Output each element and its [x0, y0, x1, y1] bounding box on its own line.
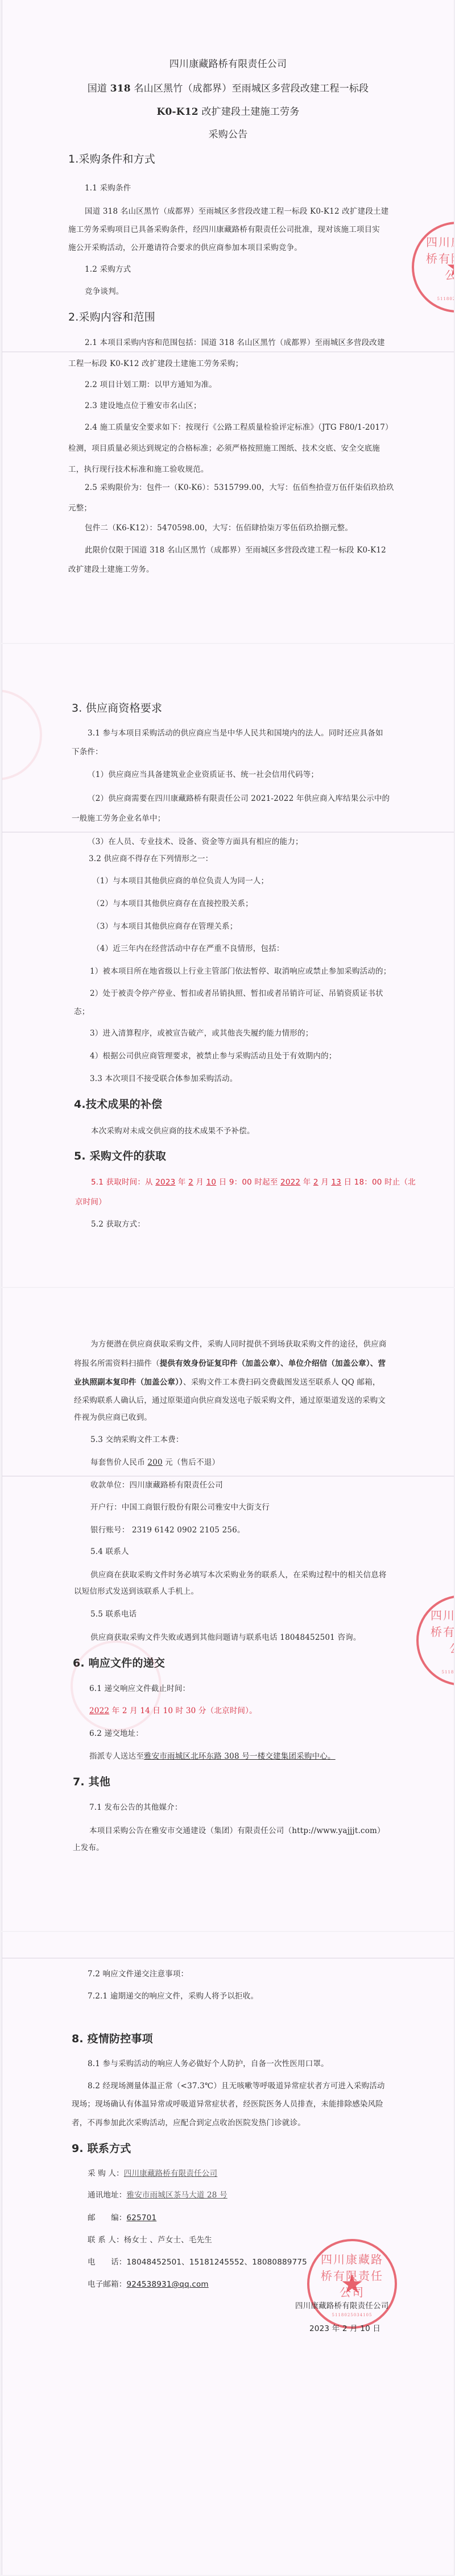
paragraph-line: 本项目采购公告在雅安市交通建设（集团）有限责任公司（http://www.yaj…: [89, 1826, 385, 1836]
page-4: 7.2 响应文件递交注意事项： 7.2.1 逾期递交的响应文件，采购人将予以拒收…: [2, 1932, 454, 2575]
s7-1-label: 7.1 发布公告的其他媒介：: [89, 1802, 183, 1813]
s1-1-label: 1.1 采购条件: [85, 183, 131, 193]
paragraph-line: 3.1 参与本项目采购活动的供应商应当是中华人民共和国境内的法人。同时还应具备如: [88, 728, 383, 738]
paragraph-line: 经采购联系人确认后，通过原渠道向供应商发送电子版采购文件，通过原渠道发送的采购文: [74, 1395, 386, 1406]
paragraph-line: 8.1 参与采购活动的响应人务必做好个人防护，自备一次性医用口罩。: [88, 2059, 329, 2069]
section-4-heading: 4.技术成果的补偿: [74, 1098, 162, 1111]
s5-4-label: 5.4 联系人: [90, 1547, 129, 1557]
list-item: （4）近三年内在经营活动中存在严重不良情形，包括：: [92, 944, 284, 954]
paragraph-line: 2.3 建设地点位于雅安市名山区；: [85, 401, 201, 411]
paragraph-line: 本次采购对未成交供应商的技术成果不予补偿。: [91, 1126, 255, 1136]
paragraph-line: 供应商在获取采购文件时务必填写本次采购业务的联系人，在采购过程中的相关信息将: [90, 1570, 387, 1580]
signature-company: 四川康藏路桥有限责任公司: [295, 2301, 388, 2311]
paragraph-line: 件视为供应商已收到。: [74, 1412, 152, 1423]
paragraph-line: 2.4 施工质量安全要求如下：按现行《公路工程质量检验评定标准》（JTG F80…: [85, 422, 393, 433]
paragraph-line: 此限价仅限于国道 318 名山区黑竹（成都界）至雨城区多营段改建工程一标段 K0…: [85, 545, 386, 555]
list-item: 态；: [74, 1007, 89, 1017]
company-name: 四川康藏路桥有限责任公司: [2, 59, 454, 69]
email-link[interactable]: 924538931@qq.com: [127, 2280, 209, 2289]
section-1-heading: 1.采购条件和方式: [68, 152, 155, 166]
contact-email: 电子邮箱：924538931@qq.com: [88, 2279, 209, 2290]
paragraph-line: 者，不再参加此次采购活动，应配合到定点收治医院发热门诊就诊。: [72, 2118, 305, 2128]
list-item: 3）进入清算程序，或被宣告破产，或其他丧失履约能力情形的；: [90, 1028, 313, 1038]
paragraph-line: 元整；: [68, 503, 92, 513]
s7-2-label: 7.2 响应文件递交注意事项：: [88, 1969, 188, 1979]
list-item: （2）与本项目其他供应商存在直接控股关系；: [92, 899, 253, 909]
scan-fold-line: [2, 1958, 454, 1959]
list-item: （1）供应商应当具备建筑业企业资质证书、统一社会信用代码等；: [88, 770, 318, 780]
page-2: 3. 供应商资格要求 3.1 参与本项目采购活动的供应商应当是中华人民共和国境内…: [2, 644, 454, 1287]
document-title: 采购公告: [2, 130, 454, 140]
paragraph-line: 将报名所需资料扫描件（提供有效身份证复印件（加盖公章）、单位介绍信（加盖公章）、…: [74, 1358, 386, 1369]
section-7-heading: 7. 其他: [73, 1775, 110, 1789]
list-item: 一般施工劳务企业名单中；: [72, 813, 165, 824]
contact-address: 通讯地址：雅安市雨城区茶马大道 28 号: [88, 2190, 227, 2200]
signature-date: 2023 年 2 月 10 日: [309, 2324, 380, 2334]
paragraph-line: 为方便潜在供应商获取采购文件，采购人同时提供不到场获取采购文件的途径，供应商: [90, 1339, 387, 1349]
section-5-heading: 5. 采购文件的获取: [74, 1149, 166, 1163]
section-8-heading: 8. 疫情防控事项: [72, 2032, 153, 2046]
bank-account: 银行账号： 2319 6142 0902 2105 256。: [90, 1525, 245, 1535]
paragraph-line: 工，执行现行技术标准和施工验收规范。: [68, 464, 209, 475]
s3-2-label: 3.2 供应商不得存在下列情形之一：: [89, 854, 213, 864]
price-limit-package-2: 包件二（K6-K12）：5470598.00，大写：伍佰肆拾柒万零伍佰玖拾捌元整…: [85, 523, 353, 533]
s1-2-label: 1.2 采购方式: [85, 264, 131, 275]
contact-postcode: 邮 编：625701: [88, 2213, 156, 2223]
star-icon: ★: [445, 254, 454, 280]
paragraph-line: 国道 318 名山区黑竹（成都界）至雨城区多营段改建工程一标段 K0-K12 改…: [85, 206, 388, 217]
project-title-line-2: K0-K12 改扩建段土建施工劳务: [2, 107, 454, 117]
list-item: （2）供应商需要在四川康藏路桥有限责任公司 2021-2022 年供应商入库结果…: [88, 793, 390, 804]
faint-seal-bleed: [2, 689, 42, 780]
list-item: 2）处于被责令停产停业、暂扣或者吊销执照、暂扣或者吊销许可证、吊销资质证书状: [90, 988, 383, 999]
section-9-heading: 9. 联系方式: [72, 2142, 131, 2155]
contact-buyer: 采 购 人：四川康藏路桥有限责任公司: [88, 2168, 217, 2179]
page-1: 四川康藏路桥有限责任公司 国道 318 名山区黑竹（成都界）至雨城区多营段改建工…: [2, 0, 454, 643]
list-item: （3）在人员、专业技术、设备、资金等方面具有相应的能力；: [88, 837, 303, 847]
paragraph-line: 3.3 本次项目不接受联合体参加采购活动。: [90, 1074, 237, 1084]
contact-phones: 电 话：18048452501、15181245552、18080889775: [88, 2257, 307, 2267]
section-3-heading: 3. 供应商资格要求: [72, 701, 162, 715]
paragraph-line: 工程一标段 K0-K12 改扩建段土建施工劳务采购；: [68, 359, 243, 369]
paragraph-line: 上发布。: [73, 1843, 104, 1853]
company-seal-partial: 四川康藏路桥有限责任公司 5118025034105: [416, 1595, 454, 1686]
s5-5-label: 5.5 联系电话: [90, 1609, 136, 1619]
acquisition-time-line-2: 京时间）: [75, 1197, 106, 1207]
price-limit-package-1: 2.5 采购限价为：包件一（K0-K6）：5315799.00，大写：伍佰叁拾壹…: [85, 483, 394, 493]
paragraph-line: 改扩建段土建施工劳务。: [68, 564, 154, 575]
star-icon: ★: [340, 2271, 363, 2297]
paragraph-line: 8.2 经现场测量体温正常（<37.3℃）且无咳嗽等呼吸道异常症状者方可进入采购…: [88, 2081, 385, 2091]
scan-fold-line: [2, 832, 454, 833]
bank: 开户行：中国工商银行股份有限公司雅安中大街支行: [90, 1502, 270, 1513]
scan-fold-line: [2, 1476, 454, 1477]
company-seal: 四川康藏路桥有限责任公司 ★ 5118025034105: [307, 2239, 397, 2329]
page-3: 为方便潜在供应商获取采购文件，采购人同时提供不到场获取采购文件的途径，供应商 将…: [2, 1288, 454, 1931]
paragraph-line: 下条件：: [72, 747, 103, 757]
company-seal: 四川康藏路桥有限责任公司 ★ 5118025034105: [412, 222, 454, 313]
paragraph-line: 供应商获取采购文件失败或遇到其他问题请与联系电话 18048452501 咨询。: [90, 1632, 361, 1643]
paragraph-line: 2.2 项目计划工期：以甲方通知为准。: [85, 380, 217, 390]
paragraph-line: 施公开采购活动，公开邀请符合要求的供应商参加本项目采购竞争。: [68, 243, 302, 253]
scan-fold-line: [2, 351, 454, 352]
list-item: （3）与本项目其他供应商存在管理关系；: [92, 921, 237, 932]
paragraph-line: 检测，项目质量必须达到规定的合格标准；必须严格按照施工图纸、技术交底、安全交底施: [68, 443, 380, 454]
paragraph-line: 2.1 本项目采购内容和范围包括：国道 318 名山区黑竹（成都界）至雨城区多营…: [85, 338, 385, 348]
s5-3-label: 5.3 交纳采购文件工本费：: [90, 1435, 184, 1445]
contact-persons: 联 系 人：杨女士 、芦女士、毛先生: [88, 2235, 212, 2245]
s5-2-label: 5.2 获取方式：: [91, 1219, 145, 1229]
faint-seal-bleed: [71, 1640, 162, 1731]
project-title-line-1: 国道 318 名山区黑竹（成都界）至雨城区多营段改建工程一标段: [2, 84, 454, 94]
paragraph-line: 以短信形式发送到该联系人手机上。: [74, 1586, 198, 1597]
payee: 收款单位：四川康藏路桥有限责任公司: [90, 1480, 223, 1490]
list-item: （1）与本项目其他供应商的单位负责人为同一人；: [92, 876, 268, 886]
paragraph-line: 业执照副本复印件（加盖公章））、采购文件工本费扫码交费截图发送至联系人 QQ 邮…: [74, 1377, 380, 1387]
submission-address: 指派专人送达至雅安市雨城区北环东路 308 号一楼交建集团采购中心。: [89, 1751, 336, 1761]
fee-amount: 200: [147, 1458, 162, 1467]
list-item: 1）被本项目所在地省级以上行业主管部门依法暂停、取消响应或禁止参加采购活动的；: [90, 966, 391, 977]
paragraph-line: 现场；现场确认有体温异常或呼吸道异常症状者，经医院医务人员排查，未能排除感染风险: [72, 2099, 383, 2109]
fee-line: 每套售价人民币 200 元（售后不退）: [90, 1457, 220, 1468]
list-item: 4）根据公司供应商管理要求，被禁止参与采购活动且处于有效期内的；: [90, 1051, 337, 1061]
paragraph-line: 7.2.1 逾期递交的响应文件，采购人将予以拒收。: [88, 1991, 258, 2001]
s1-2-value: 竞争谈判。: [85, 286, 124, 297]
acquisition-time: 5.1 获取时间：从 2023 年 2 月 10 日 9：00 时起至 2022…: [91, 1177, 416, 1187]
section-2-heading: 2.采购内容和范围: [68, 310, 155, 324]
paragraph-line: 施工劳务采购项目已具备采购条件，经四川康藏路桥有限责任公司批准，现对该施工项目实: [68, 225, 380, 235]
